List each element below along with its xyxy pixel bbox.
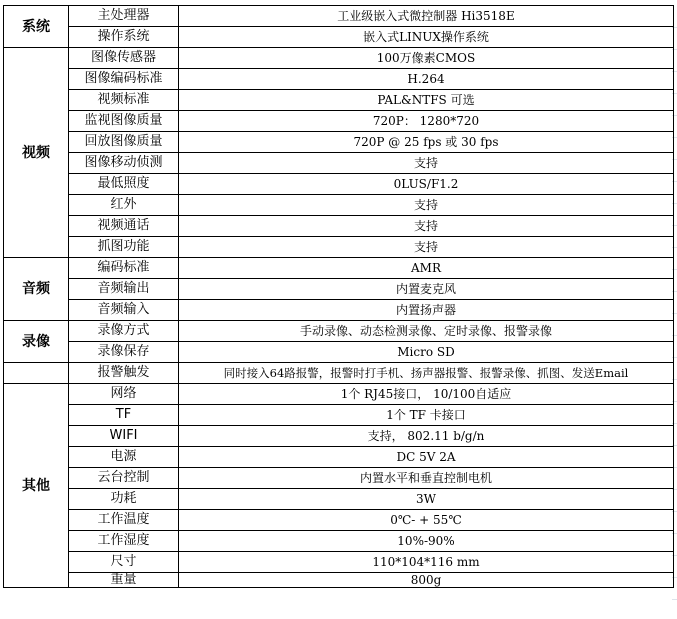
spec-value[interactable]: 0℃- + 55℃: [179, 510, 674, 531]
spec-label[interactable]: 视频通话: [69, 216, 179, 237]
table-row: 最低照度 0LUS/F1.2: [4, 174, 674, 195]
spec-label[interactable]: 报警触发: [69, 363, 179, 384]
spec-label[interactable]: 尺寸: [69, 552, 179, 573]
spec-value[interactable]: 100万像素CMOS: [179, 48, 674, 69]
spec-value[interactable]: 支持: [179, 195, 674, 216]
spec-value[interactable]: Micro SD: [179, 342, 674, 363]
spec-label[interactable]: 视频标准: [69, 90, 179, 111]
table-row: 抓图功能 支持: [4, 237, 674, 258]
spec-value[interactable]: H.264: [179, 69, 674, 90]
spec-label[interactable]: 录像方式: [69, 321, 179, 342]
category-cell[interactable]: 录像: [4, 321, 69, 363]
spec-label[interactable]: 红外: [69, 195, 179, 216]
table-row: 工作温度 0℃- + 55℃: [4, 510, 674, 531]
spec-value[interactable]: 720P @ 25 fps 或 30 fps: [179, 132, 674, 153]
table-row: 系统 主处理器 工业级嵌入式微控制器 Hi3518E: [4, 6, 674, 27]
spec-label[interactable]: 音频输入: [69, 300, 179, 321]
spec-label[interactable]: 重量: [69, 573, 179, 588]
category-cell[interactable]: 系统: [4, 6, 69, 48]
spec-value[interactable]: 10%-90%: [179, 531, 674, 552]
table-row: 尺寸 110*104*116 mm: [4, 552, 674, 573]
table-row: 重量 800g: [4, 573, 674, 588]
spec-value[interactable]: AMR: [179, 258, 674, 279]
spec-value[interactable]: 1个 TF 卡接口: [179, 405, 674, 426]
table-row: 工作湿度 10%-90%: [4, 531, 674, 552]
spec-value[interactable]: 嵌入式LINUX操作系统: [179, 27, 674, 48]
spec-label[interactable]: 图像编码标准: [69, 69, 179, 90]
spec-value[interactable]: PAL&NTFS 可选: [179, 90, 674, 111]
table-row: 报警触发 同时接入64路报警，报警时打手机、扬声器报警、报警录像、抓图、发送Em…: [4, 363, 674, 384]
spec-value[interactable]: 110*104*116 mm: [179, 552, 674, 573]
spec-value[interactable]: 内置扬声器: [179, 300, 674, 321]
table-row: 云台控制 内置水平和垂直控制电机: [4, 468, 674, 489]
spec-label[interactable]: 电源: [69, 447, 179, 468]
spec-value[interactable]: 同时接入64路报警，报警时打手机、扬声器报警、报警录像、抓图、发送Email: [179, 363, 674, 384]
table-row: 音频输入 内置扬声器: [4, 300, 674, 321]
spec-value[interactable]: 800g: [179, 573, 674, 588]
table-row: 电源 DC 5V 2A: [4, 447, 674, 468]
spec-label[interactable]: 回放图像质量: [69, 132, 179, 153]
table-row: 其他 网络 1个 RJ45接口， 10/100自适应: [4, 384, 674, 405]
table-row: 音频 编码标准 AMR: [4, 258, 674, 279]
spec-value[interactable]: 3W: [179, 489, 674, 510]
spec-label[interactable]: 图像传感器: [69, 48, 179, 69]
table-row: 操作系统 嵌入式LINUX操作系统: [4, 27, 674, 48]
table-row: 回放图像质量 720P @ 25 fps 或 30 fps: [4, 132, 674, 153]
table-row: 功耗 3W: [4, 489, 674, 510]
spec-value[interactable]: 支持: [179, 216, 674, 237]
table-row: 录像 录像方式 手动录像、动态检测录像、定时录像、报警录像: [4, 321, 674, 342]
spec-value[interactable]: 支持， 802.11 b/g/n: [179, 426, 674, 447]
spec-label[interactable]: 编码标准: [69, 258, 179, 279]
spec-value[interactable]: 支持: [179, 153, 674, 174]
category-cell[interactable]: 音频: [4, 258, 69, 321]
spec-table: 系统 主处理器 工业级嵌入式微控制器 Hi3518E 操作系统 嵌入式LINUX…: [3, 5, 674, 588]
category-cell[interactable]: [4, 363, 69, 384]
spec-label[interactable]: 监视图像质量: [69, 111, 179, 132]
table-row: 音频输出 内置麦克风: [4, 279, 674, 300]
table-row: 视频 图像传感器 100万像素CMOS: [4, 48, 674, 69]
table-row: 录像保存 Micro SD: [4, 342, 674, 363]
spec-value[interactable]: 1个 RJ45接口， 10/100自适应: [179, 384, 674, 405]
spec-label[interactable]: 网络: [69, 384, 179, 405]
spec-label[interactable]: 工作温度: [69, 510, 179, 531]
spec-label[interactable]: 音频输出: [69, 279, 179, 300]
spec-value[interactable]: 工业级嵌入式微控制器 Hi3518E: [179, 6, 674, 27]
spec-label[interactable]: 主处理器: [69, 6, 179, 27]
spec-label[interactable]: WIFI: [69, 426, 179, 447]
table-row: WIFI 支持， 802.11 b/g/n: [4, 426, 674, 447]
spec-label[interactable]: 云台控制: [69, 468, 179, 489]
table-row: 图像编码标准 H.264: [4, 69, 674, 90]
spec-value[interactable]: 手动录像、动态检测录像、定时录像、报警录像: [179, 321, 674, 342]
spec-label[interactable]: 录像保存: [69, 342, 179, 363]
table-row: 图像移动侦测 支持: [4, 153, 674, 174]
spec-label[interactable]: TF: [69, 405, 179, 426]
spec-value[interactable]: 支持: [179, 237, 674, 258]
spec-value[interactable]: 0LUS/F1.2: [179, 174, 674, 195]
spec-label[interactable]: 图像移动侦测: [69, 153, 179, 174]
table-row: 视频标准 PAL&NTFS 可选: [4, 90, 674, 111]
spec-label[interactable]: 最低照度: [69, 174, 179, 195]
table-row: TF 1个 TF 卡接口: [4, 405, 674, 426]
table-row: 监视图像质量 720P： 1280*720: [4, 111, 674, 132]
spec-value[interactable]: DC 5V 2A: [179, 447, 674, 468]
spec-value[interactable]: 720P： 1280*720: [179, 111, 674, 132]
spec-label[interactable]: 抓图功能: [69, 237, 179, 258]
table-row: 视频通话 支持: [4, 216, 674, 237]
spec-label[interactable]: 工作湿度: [69, 531, 179, 552]
spec-value[interactable]: 内置水平和垂直控制电机: [179, 468, 674, 489]
table-row: 红外 支持: [4, 195, 674, 216]
category-cell[interactable]: 其他: [4, 384, 69, 588]
spec-value[interactable]: 内置麦克风: [179, 279, 674, 300]
spec-label[interactable]: 功耗: [69, 489, 179, 510]
spec-label[interactable]: 操作系统: [69, 27, 179, 48]
category-cell[interactable]: 视频: [4, 48, 69, 258]
